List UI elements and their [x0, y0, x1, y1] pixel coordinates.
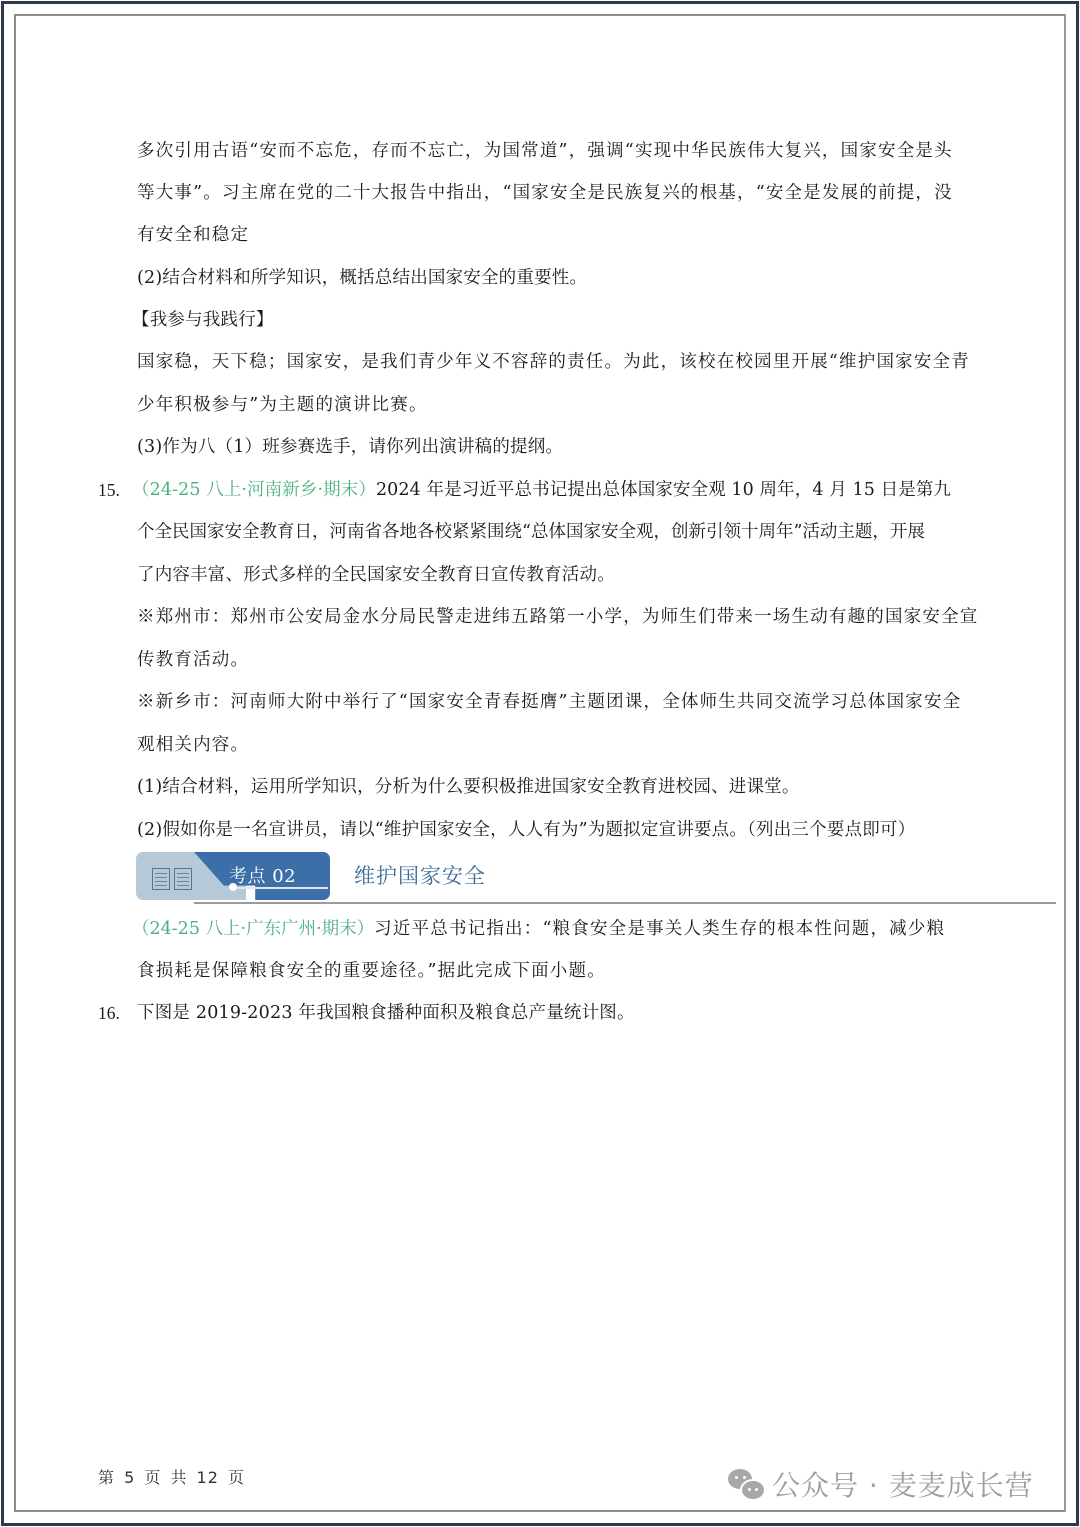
- question-source: （24-25 八上·广东广州·期末）: [132, 919, 374, 939]
- q15-sub-question-1: (1)结合材料，运用所学知识，分析为什么要积极推进国家安全教育进校园、进课堂。: [137, 775, 800, 799]
- section-header: 考点 02 维护国家安全: [136, 852, 1056, 904]
- book-pages-icon: [152, 868, 170, 890]
- watermark: 公众号 · 麦麦成长营: [726, 1464, 1034, 1504]
- q14-sub-question-3: (3)作为八（1）班参赛选手，请你列出演讲稿的提纲。: [137, 435, 563, 459]
- question-15-line: （24-25 八上·河南新乡·期末）2024 年是习近平总书记提出总体国家安全观…: [132, 478, 951, 502]
- wechat-icon: [726, 1467, 766, 1501]
- text-line: 传教育活动。: [137, 648, 249, 672]
- watermark-text: 公众号 · 麦麦成长营: [772, 1464, 1034, 1504]
- book-pages-icon: [174, 868, 192, 890]
- practice-heading: 【我参与我践行】: [132, 308, 274, 332]
- text-line: 观相关内容。: [137, 733, 249, 757]
- page-indicator: 第 5 页 共 12 页: [98, 1465, 245, 1488]
- intro-line: （24-25 八上·广东广州·期末）习近平总书记指出：“粮食安全是事关人类生存的…: [132, 917, 945, 941]
- text-line: 有安全和稳定: [137, 223, 249, 247]
- question-number: 15.: [98, 478, 120, 502]
- q15-sub-question-2: (2)假如你是一名宣讲员，请以“维护国家安全，人人有为”为题拟定宣讲要点。（列出…: [137, 818, 915, 842]
- material-xinxiang: ※新乡市：河南师大附中举行了“国家安全青春挺膺”主题团课，全体师生共同交流学习总…: [137, 690, 961, 714]
- text-line: 多次引用古语“安而不忘危，存而不忘亡，为国常道”，强调“实现中华民族伟大复兴，国…: [137, 139, 953, 163]
- text-line: 国家稳，天下稳；国家安，是我们青少年义不容辞的责任。为此，该校在校园里开展“维护…: [137, 350, 970, 374]
- text-line: 少年积极参与”为主题的演讲比赛。: [137, 393, 428, 417]
- text-line: 等大事”。习主席在党的二十大报告中指出，“国家安全是民族复兴的根基，“安全是发展…: [137, 181, 953, 205]
- section-divider: [194, 902, 1056, 904]
- section-badge-label: 考点 02: [229, 862, 296, 888]
- text-line: 食损耗是保障粮食安全的重要途径。”据此完成下面小题。: [137, 959, 606, 983]
- material-zhengzhou: ※郑州市：郑州市公安局金水分局民警走进纬五路第一小学，为师生们带来一场生动有趣的…: [137, 605, 979, 629]
- text-line: 了内容丰富、形式多样的全民国家安全教育日宣传教育活动。: [137, 563, 615, 587]
- text-line: 个全民国家安全教育日，河南省各地各校紧紧围绕“总体国家安全观，创新引领十周年”活…: [137, 520, 925, 544]
- question-number: 16.: [98, 1001, 120, 1025]
- q14-sub-question-2: (2)结合材料和所学知识，概括总结出国家安全的重要性。: [137, 266, 587, 290]
- question-16-text: 下图是 2019-2023 年我国粮食播种面积及粮食总产量统计图。: [137, 1001, 635, 1025]
- section-title: 维护国家安全: [354, 860, 486, 890]
- question-source: （24-25 八上·河南新乡·期末）: [132, 480, 376, 500]
